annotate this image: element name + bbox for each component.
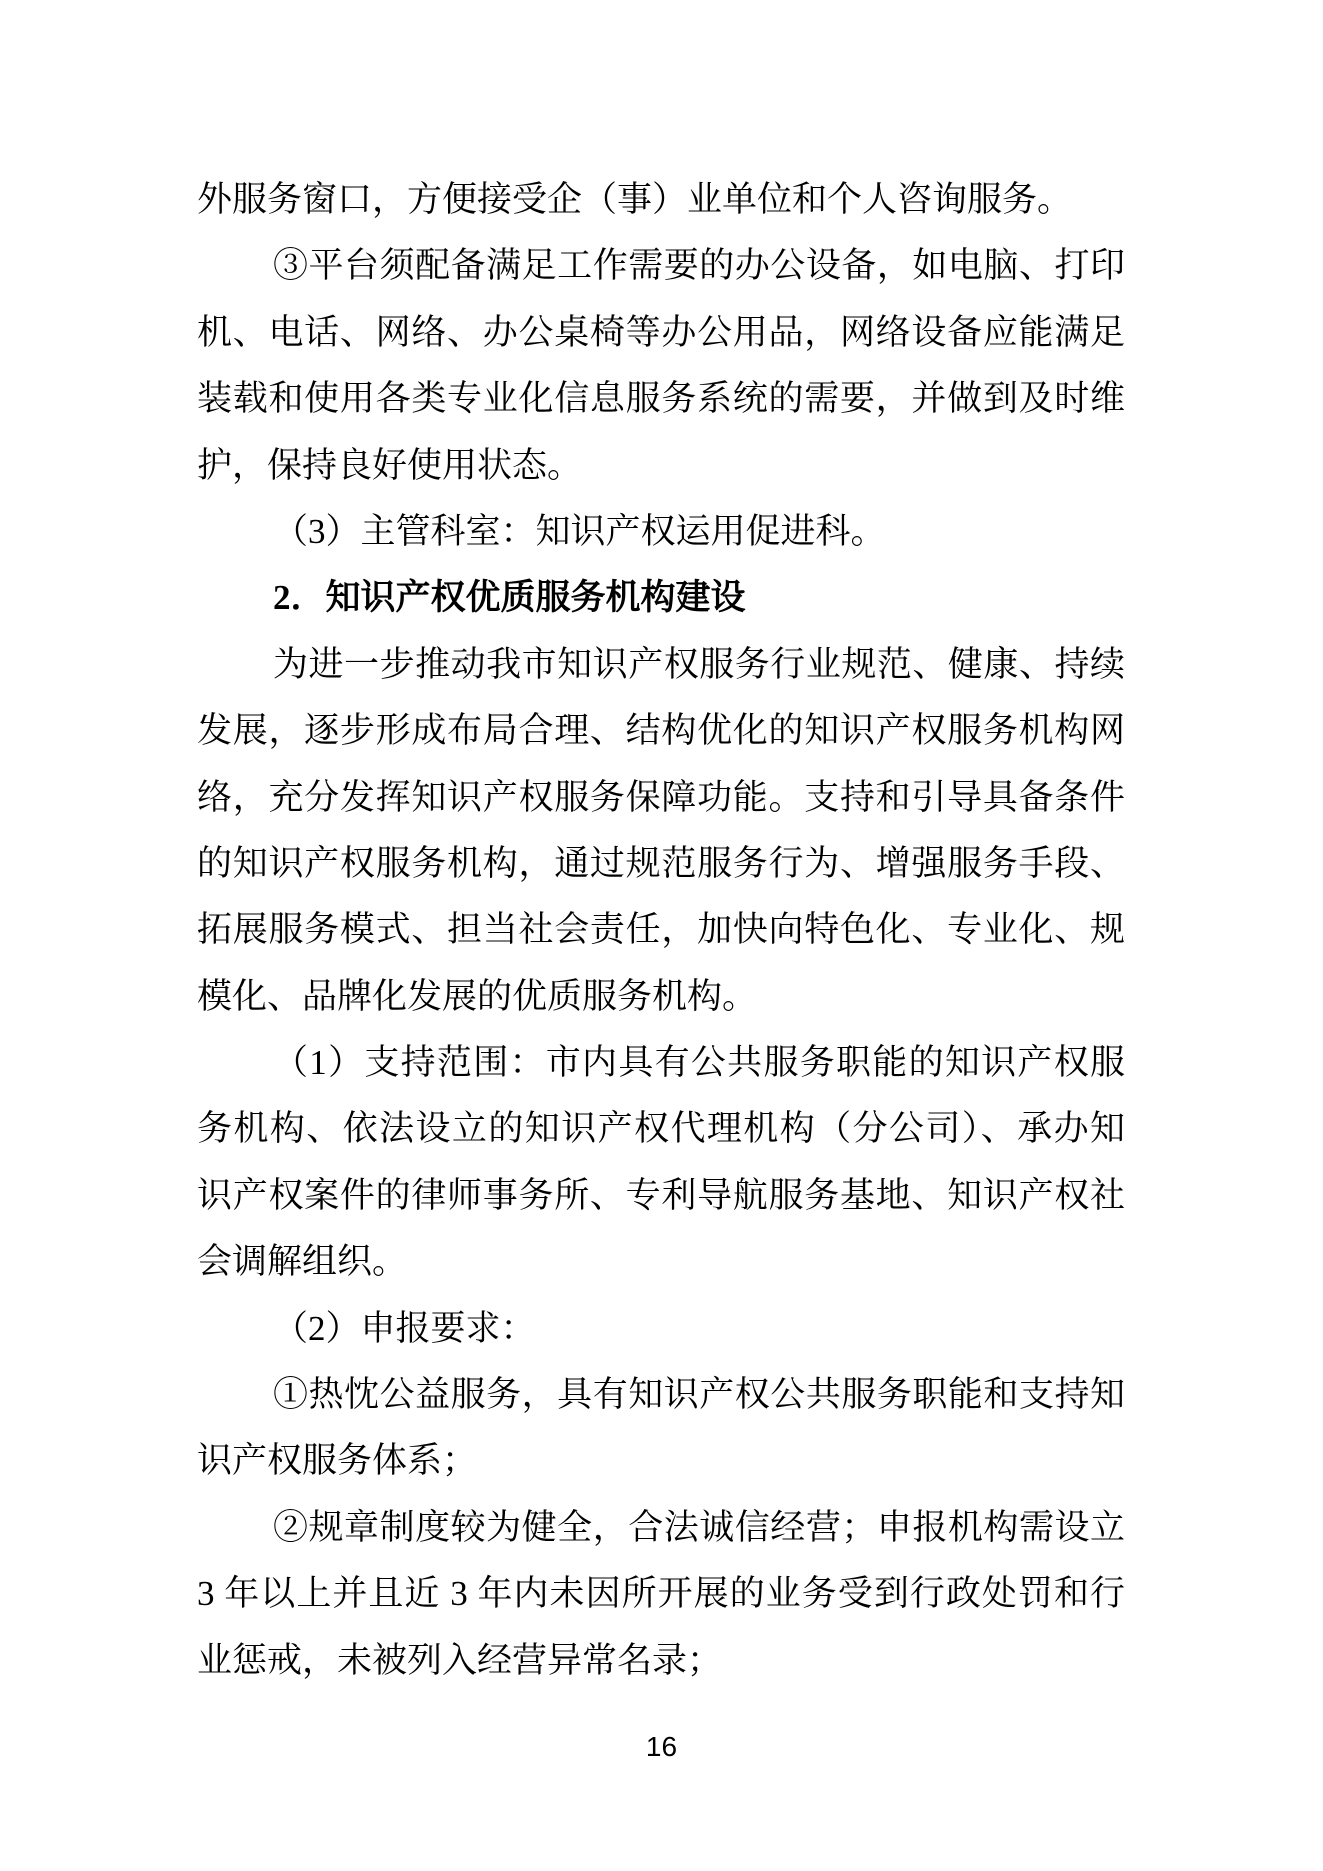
text-line: 络，充分发挥知识产权服务保障功能。支持和引导具备条件 <box>197 765 1125 831</box>
text-line: 模化、品牌化发展的优质服务机构。 <box>197 964 1125 1030</box>
page-number: 16 <box>0 1727 1323 1767</box>
text-line: 为进一步推动我市知识产权服务行业规范、健康、持续 <box>197 632 1125 698</box>
text-line: ①热忱公益服务，具有知识产权公共服务职能和支持知 <box>197 1362 1125 1428</box>
text-line: 识产权案件的律师事务所、专利导航服务基地、知识产权社 <box>197 1163 1125 1229</box>
text-line: 机、电话、网络、办公桌椅等办公用品，网络设备应能满足 <box>197 300 1125 366</box>
text-line: ②规章制度较为健全，合法诚信经营；申报机构需设立 <box>197 1495 1125 1561</box>
text-line: 会调解组织。 <box>197 1229 1125 1295</box>
text-line: 护，保持良好使用状态。 <box>197 433 1125 499</box>
text-line: 外服务窗口，方便接受企（事）业单位和个人咨询服务。 <box>197 167 1125 233</box>
text-line: 2．知识产权优质服务机构建设 <box>197 565 1125 631</box>
text-line: 拓展服务模式、担当社会责任，加快向特色化、专业化、规 <box>197 897 1125 963</box>
text-line: 发展，逐步形成布局合理、结构优化的知识产权服务机构网 <box>197 698 1125 764</box>
document-body: 外服务窗口，方便接受企（事）业单位和个人咨询服务。③平台须配备满足工作需要的办公… <box>197 167 1125 1694</box>
text-line: ③平台须配备满足工作需要的办公设备，如电脑、打印 <box>197 233 1125 299</box>
document-page: { "document": { "paragraphs": [ { "inden… <box>0 0 1323 1871</box>
text-line: 务机构、依法设立的知识产权代理机构（分公司）、承办知 <box>197 1096 1125 1162</box>
text-line: （1）支持范围：市内具有公共服务职能的知识产权服 <box>197 1030 1125 1096</box>
text-line: 业惩戒，未被列入经营异常名录； <box>197 1628 1125 1694</box>
text-line: （3）主管科室：知识产权运用促进科。 <box>197 499 1125 565</box>
text-line: 识产权服务体系； <box>197 1428 1125 1494</box>
text-line: （2）申报要求： <box>197 1296 1125 1362</box>
text-line: 3 年以上并且近 3 年内未因所开展的业务受到行政处罚和行 <box>197 1561 1125 1627</box>
text-line: 的知识产权服务机构，通过规范服务行为、增强服务手段、 <box>197 831 1125 897</box>
text-line: 装载和使用各类专业化信息服务系统的需要，并做到及时维 <box>197 366 1125 432</box>
